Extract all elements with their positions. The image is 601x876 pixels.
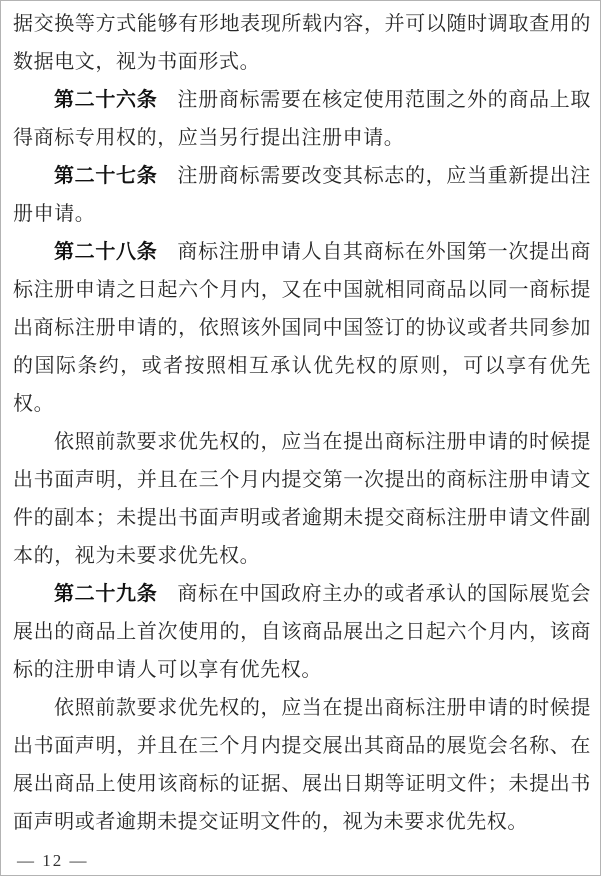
paragraph-text: 依照前款要求优先权的，应当在提出商标注册申请的时候提出书面声明，并且在三个月内提… [13, 431, 591, 567]
paragraph-text: 商标注册申请人自其商标在外国第一次提出商标注册申请之日起六个月内，又在中国就相同… [13, 241, 591, 415]
article-paragraph: 第二十七条注册商标需要改变其标志的，应当重新提出注册申请。 [13, 157, 591, 233]
article-number: 第二十九条 [54, 583, 157, 605]
article-number: 第二十六条 [54, 89, 157, 111]
paragraph-text: 据交换等方式能够有形地表现所载内容，并可以随时调取查用的数据电文，视为书面形式。 [13, 13, 591, 73]
paragraph-text: 依照前款要求优先权的，应当在提出商标注册申请的时候提出书面声明，并且在三个月内提… [13, 697, 591, 833]
body-paragraph: 依照前款要求优先权的，应当在提出商标注册申请的时候提出书面声明，并且在三个月内提… [13, 689, 591, 841]
article-number: 第二十七条 [54, 165, 157, 187]
article-paragraph: 第二十八条商标注册申请人自其商标在外国第一次提出商标注册申请之日起六个月内，又在… [13, 233, 591, 423]
article-paragraph: 第二十六条注册商标需要在核定使用范围之外的商品上取得商标专用权的，应当另行提出注… [13, 81, 591, 157]
body-paragraph: 依照前款要求优先权的，应当在提出商标注册申请的时候提出书面声明，并且在三个月内提… [13, 423, 591, 575]
article-number: 第二十八条 [54, 241, 157, 263]
article-paragraph: 第二十九条商标在中国政府主办的或者承认的国际展览会展出的商品上首次使用的，自该商… [13, 575, 591, 689]
body-paragraph: 据交换等方式能够有形地表现所载内容，并可以随时调取查用的数据电文，视为书面形式。 [13, 5, 591, 81]
page-number: — 12 — [17, 851, 89, 871]
document-page: 据交换等方式能够有形地表现所载内容，并可以随时调取查用的数据电文，视为书面形式。… [0, 0, 601, 876]
document-body: 据交换等方式能够有形地表现所载内容，并可以随时调取查用的数据电文，视为书面形式。… [13, 5, 591, 841]
